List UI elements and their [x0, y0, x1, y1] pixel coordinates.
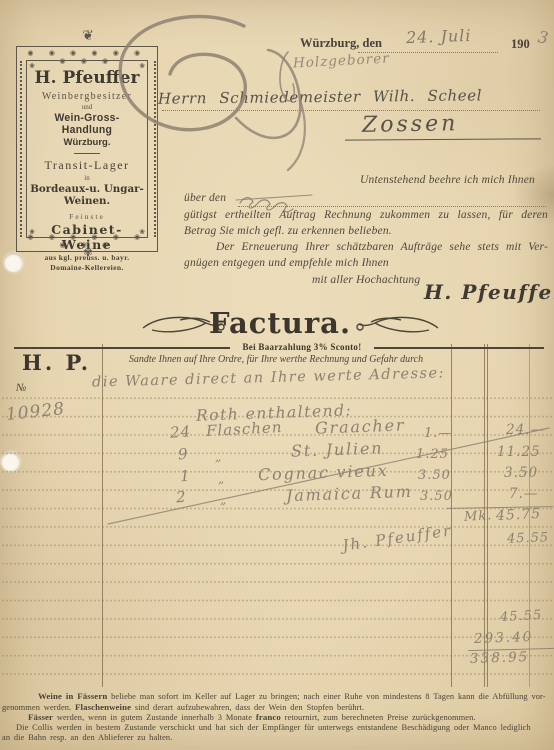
punch-hole-top [4, 253, 23, 272]
number-symbol: № [16, 382, 26, 394]
footer-line1: Weine in Fässern beliebe man sofort im K… [38, 691, 546, 701]
corner-flower-icon: ❀ [29, 228, 35, 236]
row-unit: „ [218, 472, 225, 486]
shipping-header: Sandte Ihnen auf Ihre Ordre, für Ihre we… [104, 354, 448, 365]
transit-line: Transit-Lager [27, 158, 147, 173]
invoice-title: Factura. [180, 306, 380, 340]
letter-line2: über den [184, 192, 226, 204]
recipient-line: Herrn Schmiedemeister Wilh. Scheel [158, 86, 482, 107]
letterhead-inner: ❀ ❀ ❀ ❀ H. Pfeuffer Weinbergbesitzer und… [26, 60, 148, 238]
letterhead-top-ornament-icon: ❦ [60, 28, 116, 44]
in-word: in [27, 174, 147, 182]
footer-line2-pre: genommen werden. [2, 703, 75, 712]
corner-flower-icon: ❀ [139, 228, 145, 236]
invoice-document: ❦ ◉ ◉ ◉ ◉ ◉ ◉ ◉ ◉ ◉ ◉ ◉ ◉ ◉ ◉ ◉ ◉ ◉ ◉ ❀ … [0, 0, 554, 750]
corner-flower-icon: ❀ [29, 62, 35, 70]
monogram: H. P. [22, 350, 91, 375]
row-amount: 24.— [506, 422, 545, 438]
dateline-place: Würzburg, den [300, 36, 382, 51]
row-unit: „ [220, 493, 227, 507]
company-name: H. Pfeuffer [27, 68, 147, 88]
total-value: 45.75 [496, 506, 542, 524]
recipient-dotted-line [162, 110, 540, 111]
footer-line1-bold: Weine in Fässern [38, 691, 107, 701]
row-desc: Graacher [315, 415, 406, 437]
calc-line-b: 293.40 [474, 629, 534, 647]
divider [74, 153, 100, 154]
letter-blank-dotted-line [238, 206, 546, 207]
column-rule-left [102, 344, 103, 687]
company-business: Wein-Gross-Handlung [30, 112, 144, 136]
letter-line3: gütigst ertheilten Auftrag Rechnung zuko… [184, 209, 548, 221]
company-subtitle: Weinbergbesitzer [27, 91, 147, 102]
row-price: 1.25 [416, 447, 449, 462]
discount-rule-right [374, 347, 544, 349]
flourish-right-icon [355, 313, 441, 339]
corner-flower-icon: ❀ [139, 62, 145, 70]
company-city: Würzburg. [27, 137, 147, 148]
row-qty: 1 [179, 467, 191, 486]
letter-line7: mit aller Hochachtung [312, 274, 420, 286]
letter-line6: gnügen entgegen und empfehle mich Ihnen [184, 257, 389, 269]
scribble-strike [236, 195, 312, 200]
pencil-note-top: Holzgeborer [293, 50, 390, 71]
letter-line5: Der Erneuerung Ihrer schätzbaren Aufträg… [216, 241, 548, 253]
total-currency: Mk. [464, 508, 493, 524]
footer-line3-text: retournirt, zum berechneten Preise zurüc… [281, 713, 476, 722]
handwritten-date: 24. Juli [406, 26, 472, 47]
row-amount: 3.50 [504, 465, 538, 481]
row-price: 1.— [424, 426, 452, 441]
footer-line2: genommen werden. Flaschenweine sind dera… [2, 702, 364, 712]
row-qty: 2 [175, 488, 187, 507]
column-rule-price [451, 344, 452, 687]
row-unit: „ [215, 450, 222, 464]
handwritten-year-digit: 3 [537, 27, 551, 48]
footer-line3-bold: Fässer [28, 712, 53, 722]
footer-line1-text: beliebe man sofort im Keller auf Lager z… [107, 692, 545, 701]
row-qty: 24 [169, 422, 191, 441]
footer-line2-bold: Flaschenweine [75, 702, 131, 712]
footer-line3-mid: werden, wenn in gutem Zustande innerhalb… [53, 713, 256, 722]
footer-line4: Die Collis werden in bestem Zustande ver… [16, 723, 531, 732]
row-desc: St. Julien [291, 438, 384, 460]
row-amount: 11.25 [497, 444, 541, 460]
row-amount: 7.— [509, 486, 538, 502]
footer-line3: Fässer werden, wenn in gutem Zustande in… [28, 712, 476, 722]
footer-line3-bold2: franco [256, 712, 281, 722]
discount-note: Bei Baarzahlung 3% Sconto! [232, 342, 372, 352]
row-qty: 9 [177, 445, 189, 464]
letterhead-bottom-ornament-icon: ✾ [68, 246, 108, 259]
row-price: 3.50 [418, 468, 451, 483]
dateline-year-print: 190 [511, 37, 530, 52]
finest-label: Feinste [27, 212, 147, 221]
printed-signature: H. Pfeuffer. [424, 280, 554, 304]
letterhead-border-left [20, 61, 22, 237]
wine-regions: Bordeaux-u. Ungar-Weinen. [29, 183, 145, 207]
footer-line5: an die Bahn resp. an den Ablieferer zu h… [2, 733, 172, 742]
recipient-town: Zossen [362, 111, 459, 138]
total-repeat: 45.55 [507, 530, 550, 546]
origin-line2: Domaine-Kellereien. [27, 263, 147, 272]
calc-sum: 338.95 [470, 649, 530, 667]
letter-line4: Betrag Sie mich gefl. zu erkennen belieb… [184, 225, 392, 237]
recipient-town-underline [345, 138, 541, 141]
discount-rule-left [14, 347, 230, 349]
footer-line2-text: sind derart aufzubewahren, dass der Wein… [131, 703, 364, 712]
company-conjunction: und [27, 103, 147, 111]
calc-line-a: 45.55 [500, 608, 543, 625]
letter-line1: Untenstehend beehre ich mich Ihnen [360, 174, 535, 186]
letterhead-box: ◉ ◉ ◉ ◉ ◉ ◉ ◉ ◉ ◉ ◉ ◉ ◉ ◉ ◉ ◉ ◉ ◉ ◉ ❀ ❀ … [16, 46, 158, 252]
row-price: 3.50 [420, 489, 453, 504]
letterhead-border-right [154, 61, 156, 237]
